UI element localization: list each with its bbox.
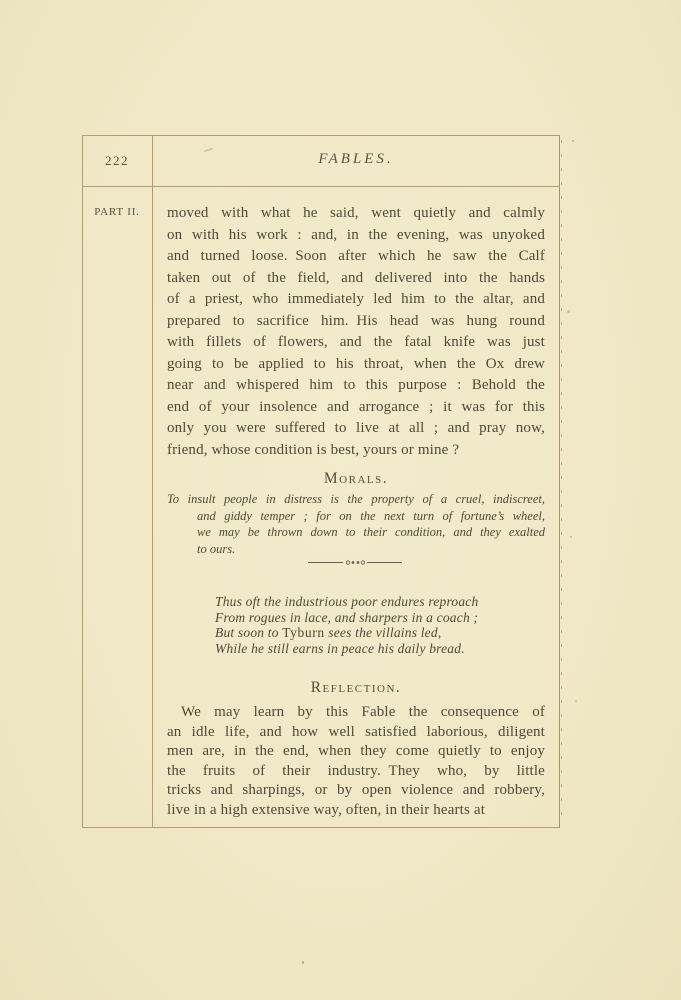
morals-line: we may be thrown down to their condition…	[197, 524, 545, 541]
morals-line: to ours.	[197, 541, 545, 558]
reflection-line: live in a high extensive way, often, in …	[167, 801, 545, 821]
verse-line: From rogues in lace, and sharpers in a c…	[215, 610, 478, 626]
morals-line: To insult people in distress is the prop…	[167, 491, 545, 508]
reflection-paragraph: We may learn by this Fable the consequen…	[167, 703, 545, 820]
verse-stanza: Thus oft the industrious poor endures re…	[215, 594, 478, 656]
fable-line: going to be applied to his throat, when …	[167, 354, 545, 376]
verse-line: Thus oft the industrious poor endures re…	[215, 594, 478, 610]
reflection-line: men are, in the end, when they come quie…	[167, 742, 545, 762]
reflection-line: tricks and sharpings, or by open violenc…	[167, 781, 545, 801]
scan-edge-artifact	[561, 140, 562, 826]
fable-line: of a priest, who immediately led him to …	[167, 289, 545, 311]
ornament-divider	[308, 558, 402, 567]
page-number: 222	[82, 153, 152, 169]
fable-line: moved with what he said, went quietly an…	[167, 203, 545, 225]
fable-paragraph: moved with what he said, went quietly an…	[167, 203, 545, 461]
scan-speck	[572, 140, 574, 142]
verse-line-segment: sees the villains led,	[328, 625, 441, 640]
part-label: PART II.	[82, 206, 152, 218]
book-page-scan: 222 FABLES. PART II. moved with what he …	[0, 0, 681, 1000]
morals-line: and giddy temper ; for on the next turn …	[197, 508, 545, 525]
reflection-line: an idle life, and how well satisfied lab…	[167, 723, 545, 743]
scan-speck	[302, 961, 304, 964]
fable-line: with fillets of flowers, and the fatal k…	[167, 332, 545, 354]
fable-line: taken out of the field, and delivered in…	[167, 268, 545, 290]
reflection-line: We may learn by this Fable the consequen…	[167, 703, 545, 723]
fable-line: end of your insolence and arrogance ; it…	[167, 397, 545, 419]
reflection-heading: Reflection.	[167, 679, 545, 697]
morals-heading: Morals.	[167, 470, 545, 488]
verse-roman-word: Tyburn	[282, 625, 324, 640]
margin-column-rule	[152, 135, 153, 828]
morals-text: To insult people in distress is the prop…	[167, 491, 545, 557]
fable-line: only you were suffered to live at all ; …	[167, 418, 545, 440]
fable-line: on with his work : and, in the evening, …	[167, 225, 545, 247]
scan-speck	[570, 536, 572, 538]
fable-line: friend, whose condition is best, yours o…	[167, 440, 545, 462]
fable-line: prepared to sacrifice him. His head was …	[167, 311, 545, 333]
scan-speck	[567, 310, 570, 313]
verse-line-segment: But soon to	[215, 625, 279, 640]
running-header: FABLES.	[152, 151, 560, 168]
fable-line: near and whispered him to this purpose :…	[167, 375, 545, 397]
header-rule	[82, 186, 560, 187]
scan-speck	[575, 700, 577, 702]
reflection-line: the fruits of their industry. They who, …	[167, 762, 545, 782]
verse-line: While he still earns in peace his daily …	[215, 641, 478, 657]
fable-line: and turned loose. Soon after which he sa…	[167, 246, 545, 268]
verse-line: But soon to Tyburn sees the villains led…	[215, 625, 478, 641]
